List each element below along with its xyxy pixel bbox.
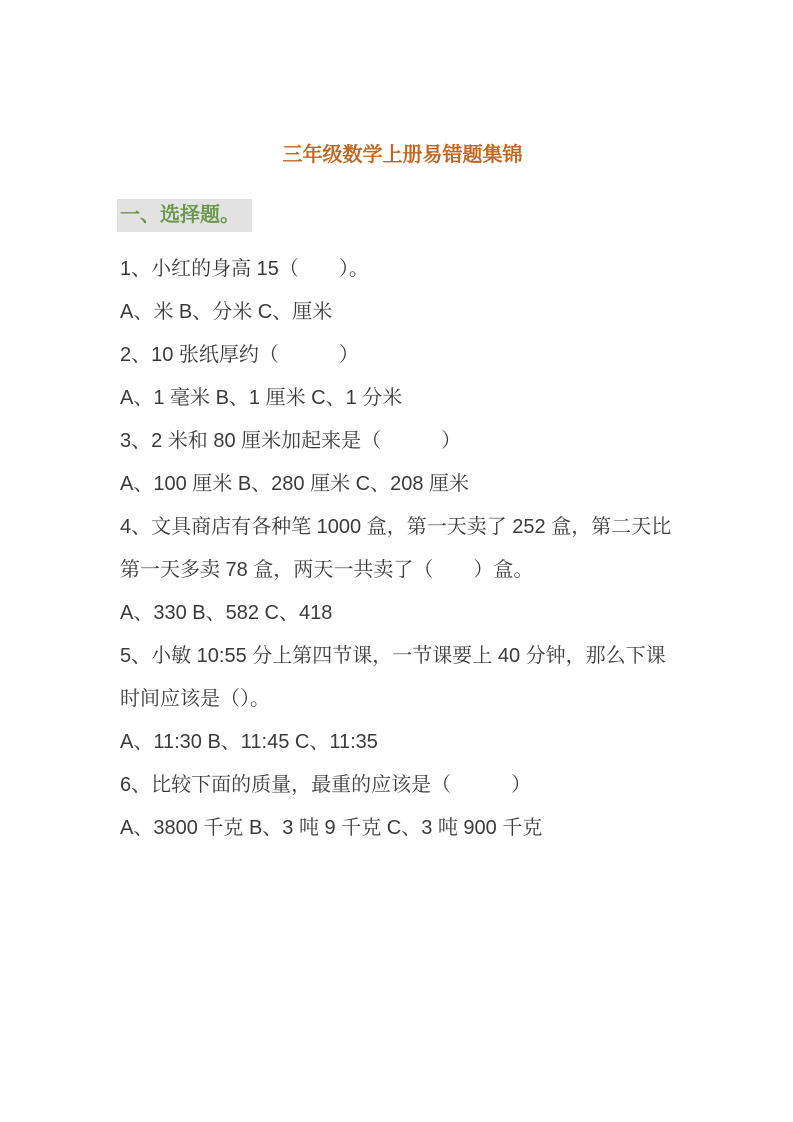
questions-list: 1、小红的身高 15（ ）。 A、米 B、分米 C、厘米 2、10 张纸厚约（ … (120, 248, 685, 850)
question-options: A、3800 千克 B、3 吨 9 千克 C、3 吨 900 千克 (120, 807, 685, 850)
question-item: 1、小红的身高 15（ ）。 A、米 B、分米 C、厘米 (120, 248, 685, 334)
question-stem: 2、10 张纸厚约（ ） (120, 334, 685, 377)
question-options: A、11:30 B、11:45 C、11:35 (120, 721, 685, 764)
worksheet-page: 三年级数学上册易错题集锦 一、选择题。 1、小红的身高 15（ ）。 A、米 B… (0, 0, 793, 1122)
question-item: 5、小敏 10:55 分上第四节课，一节课要上 40 分钟，那么下课时间应该是（… (120, 635, 685, 764)
question-options: A、330 B、582 C、418 (120, 592, 685, 635)
question-options: A、1 毫米 B、1 厘米 C、1 分米 (120, 377, 685, 420)
question-stem-line: 2、10 张纸厚约（ ） (120, 334, 685, 377)
question-stem-line: 5、小敏 10:55 分上第四节课，一节课要上 40 分钟，那么下课 (120, 635, 685, 678)
question-stem-line: 1、小红的身高 15（ ）。 (120, 248, 685, 291)
question-stem-line: 3、2 米和 80 厘米加起来是（ ） (120, 420, 685, 463)
question-stem-line: 第一天多卖 78 盒，两天一共卖了（ ）盒。 (120, 549, 685, 592)
section-heading-row: 一、选择题。 (117, 199, 685, 232)
question-item: 3、2 米和 80 厘米加起来是（ ） A、100 厘米 B、280 厘米 C、… (120, 420, 685, 506)
question-stem: 5、小敏 10:55 分上第四节课，一节课要上 40 分钟，那么下课时间应该是（… (120, 635, 685, 721)
question-stem-line: 6、比较下面的质量，最重的应该是（ ） (120, 764, 685, 807)
question-options: A、100 厘米 B、280 厘米 C、208 厘米 (120, 463, 685, 506)
question-stem-line: 时间应该是（）。 (120, 678, 685, 721)
question-stem-line: 4、文具商店有各种笔 1000 盒，第一天卖了 252 盒，第二天比 (120, 506, 685, 549)
question-stem: 6、比较下面的质量，最重的应该是（ ） (120, 764, 685, 807)
question-options: A、米 B、分米 C、厘米 (120, 291, 685, 334)
question-item: 6、比较下面的质量，最重的应该是（ ） A、3800 千克 B、3 吨 9 千克… (120, 764, 685, 850)
question-stem: 4、文具商店有各种笔 1000 盒，第一天卖了 252 盒，第二天比第一天多卖 … (120, 506, 685, 592)
section-heading: 一、选择题。 (117, 199, 252, 232)
question-item: 2、10 张纸厚约（ ） A、1 毫米 B、1 厘米 C、1 分米 (120, 334, 685, 420)
question-stem: 1、小红的身高 15（ ）。 (120, 248, 685, 291)
question-stem: 3、2 米和 80 厘米加起来是（ ） (120, 420, 685, 463)
document-title: 三年级数学上册易错题集锦 (120, 142, 685, 168)
question-item: 4、文具商店有各种笔 1000 盒，第一天卖了 252 盒，第二天比第一天多卖 … (120, 506, 685, 635)
